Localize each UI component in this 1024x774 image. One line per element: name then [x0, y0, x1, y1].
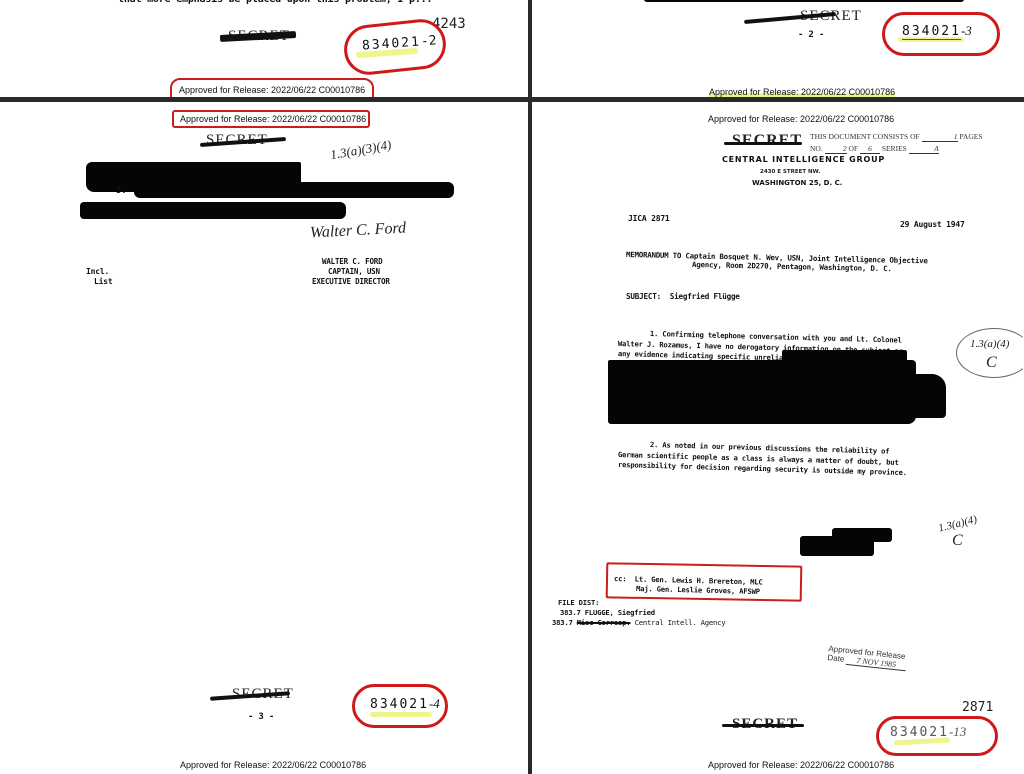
file-dist-entry-2: 383.7 Misc Corresp. Central Intell. Agen…: [552, 618, 725, 627]
approved-annotation-box: [172, 110, 370, 128]
body-text-fragment: that more emphasis be placed upon this p…: [118, 0, 432, 5]
signer-rank: CAPTAIN, USN: [328, 267, 380, 276]
paragraph-number: 5.: [116, 186, 126, 196]
approved-for-release-bottom: Approved for Release: 2022/06/22 C000107…: [180, 760, 366, 770]
control-line-1: THIS DOCUMENT CONSISTS OF 1 PAGES: [810, 132, 983, 142]
cc-annotation-box: [606, 562, 803, 601]
agency-name: CENTRAL INTELLIGENCE GROUP: [722, 155, 885, 164]
approved-for-release-top: Approved for Release: 2022/06/22 C000107…: [708, 114, 894, 124]
redaction-bar: [134, 182, 454, 198]
control-no-value: 2: [825, 144, 847, 154]
classification-strikethrough: [724, 142, 802, 145]
page-reference: 2871: [962, 700, 993, 715]
agency-city: WASHINGTON 25, D. C.: [752, 179, 842, 187]
agency-street: 2430 E STREET NW.: [760, 169, 820, 175]
exemption-annotation: 1.3(a)(3)(4): [329, 137, 393, 163]
classification-strikethrough: [722, 724, 804, 727]
redaction-block: [608, 360, 916, 424]
control-line-2: NO. 2 OF 6 SERIES A: [810, 144, 939, 154]
doc-number-annotation-circle: [352, 684, 448, 728]
redaction-bar: [80, 202, 346, 219]
redaction-bar: [644, 0, 964, 2]
control-series-label: SERIES: [882, 144, 907, 153]
subject-value: Siegfried Flügge: [670, 292, 740, 301]
subject-line: SUBJECT: Siegfried Flügge: [626, 292, 740, 301]
doc-number-annotation-circle: [882, 12, 1000, 56]
doc-number-annotation-circle: [342, 17, 449, 77]
control-copies-value: 6: [860, 144, 880, 154]
exemption-annotation-c: C: [952, 532, 963, 550]
file-dist-entry-2-value: Central Intell. Agency: [635, 618, 726, 627]
file-dist-entry-2-prefix: 383.7: [552, 618, 573, 627]
control-pages-label: PAGES: [959, 132, 982, 141]
signer-title: EXECUTIVE DIRECTOR: [312, 277, 390, 286]
file-dist-entry-1: 383.7 FLUGGE, Siegfried: [560, 608, 655, 617]
signature: Walter C. Ford: [310, 219, 407, 242]
release-stamp-date-label: Date: [827, 653, 845, 664]
release-stamp: Approved for Release Date 7 NOV 1985: [827, 644, 907, 670]
subject-label: SUBJECT:: [626, 292, 661, 301]
control-pages-value: 1: [922, 132, 958, 142]
control-series-value: A: [909, 144, 939, 154]
file-dist-entry-2-struck: Misc Corresp.: [577, 618, 631, 627]
classification-mark: SECRET: [732, 132, 802, 150]
enclosure-value: List: [94, 277, 112, 286]
approved-for-release-bottom: Approved for Release: 2022/06/22 C000107…: [708, 760, 894, 770]
signer-name: WALTER C. FORD: [322, 257, 382, 266]
redaction-block: [782, 350, 907, 362]
redaction-block-tail: [902, 374, 946, 418]
doc-number-annotation-circle: [876, 716, 998, 756]
control-no-label: NO.: [810, 144, 823, 153]
exemption-annotation-circle: [956, 328, 1024, 378]
memo-date: 29 August 1947: [900, 220, 965, 229]
control-consists-label: THIS DOCUMENT CONSISTS OF: [810, 132, 920, 141]
page-marker: - 2 -: [798, 30, 824, 40]
page-top-left: that more emphasis be placed upon this p…: [0, 0, 528, 97]
page-marker: - 3 -: [248, 712, 274, 722]
page-top-right: SECRET - 2 - 834021-3 Approved for Relea…: [532, 0, 1024, 97]
page-bottom-right: Approved for Release: 2022/06/22 C000107…: [532, 102, 1024, 774]
enclosure-label: Incl.: [86, 267, 109, 276]
approved-annotation-box: [170, 78, 374, 97]
reference-number: JICA 2871: [628, 214, 670, 223]
approved-for-release: Approved for Release: 2022/06/22 C000107…: [709, 87, 895, 97]
redaction-block: [832, 528, 892, 542]
file-dist-label: FILE DIST:: [558, 598, 599, 607]
page-bottom-left: Approved for Release: 2022/06/22 C000107…: [0, 102, 528, 774]
control-of-label: OF: [848, 144, 858, 153]
